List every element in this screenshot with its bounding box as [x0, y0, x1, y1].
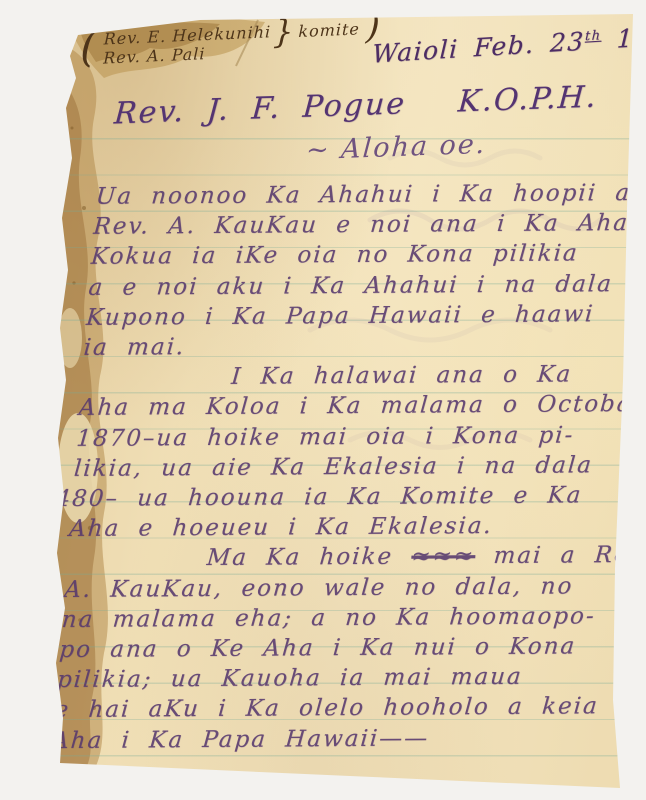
dateline-year: 1871	[601, 20, 646, 54]
dateline: Waioli Feb. 23th 1871	[372, 20, 646, 68]
scan-background: ( Rev. E. Helekunihi Rev. A. Pali } komi…	[0, 0, 646, 800]
letter-body: Ua noonoo Ka Ahahui i Ka hoopii a Rev. A…	[51, 178, 646, 756]
annotation-brace: }	[273, 17, 295, 46]
letter-line: ia mai.	[83, 329, 637, 363]
dateline-text: Waioli Feb. 23	[372, 27, 586, 69]
annotation-open-paren: (	[80, 30, 98, 65]
letter-line: 480– ua hoouna ia Ka Komite e Ka	[54, 480, 624, 514]
committee-label: komite	[298, 19, 360, 41]
letter-line: e hai aKu i Ka olelo hooholo a keia	[53, 692, 607, 726]
letter-line: Aha ma Koloa i Ka malama o Octoba	[78, 389, 632, 423]
letter-line: Ua noonoo Ka Ahahui i Ka hoopii a	[95, 178, 646, 212]
recipient-name: Rev. J. F. Pogue	[113, 86, 407, 131]
letter-line: likia, ua aie Ka Ekalesia i na dala	[73, 450, 627, 484]
letter-line: na malama eha; a no Ka hoomaopo-	[61, 601, 615, 635]
line-segment: mai a Rev.	[474, 542, 646, 569]
letter-line: Kupono i Ka Papa Hawaii e haawi	[85, 299, 639, 333]
letter-line: Kokua ia iKe oia no Kona pilikia	[90, 238, 644, 272]
line-segment: Ma Ka hoike	[206, 544, 413, 571]
letter-line: Aha e hoeueu i Ka Ekalesia.	[68, 510, 622, 544]
letter-line: pilikia; ua Kauoha ia mai maua	[56, 661, 610, 695]
annotation-close-paren: )	[366, 11, 382, 42]
letter-line: Aha i Ka Papa Hawaii——	[51, 722, 605, 756]
committee-names: Rev. E. Helekunihi Rev. A. Pali	[103, 22, 271, 67]
committee-annotation: ( Rev. E. Helekunihi Rev. A. Pali } komi…	[80, 17, 382, 68]
stain-light-patch-small	[58, 308, 82, 368]
letter-line: I Ka halawai ana o Ka	[80, 359, 634, 393]
salutation-line: ~ Aloha oe.	[305, 129, 488, 166]
recipient-org: K.O.P.H.	[457, 80, 599, 120]
letter-line: Rev. A. KauKau e noi ana i Ka Aha e	[92, 208, 646, 242]
letter-line: a e noi aku i Ka Ahahui i na dala	[87, 269, 641, 303]
letter-page: ( Rev. E. Helekunihi Rev. A. Pali } komi…	[50, 8, 636, 792]
recipient-line: Rev. J. F. PogueK.O.P.H.	[113, 80, 599, 132]
dateline-ordinal: th	[585, 28, 602, 44]
letter-line: A. KauKau, eono wale no dala, no	[63, 571, 617, 605]
struck-word: ≈≈≈	[410, 544, 476, 570]
salutation-flourish: ~	[305, 134, 332, 166]
salutation-text: Aloha oe.	[340, 129, 487, 165]
letter-line: po ana o Ke Aha i Ka nui o Kona	[58, 631, 612, 665]
letter-line: Ma Ka hoike ≈≈≈ mai a Rev.	[65, 541, 619, 575]
letter-line: 1870–ua hoike mai oia i Kona pi-	[75, 420, 629, 454]
